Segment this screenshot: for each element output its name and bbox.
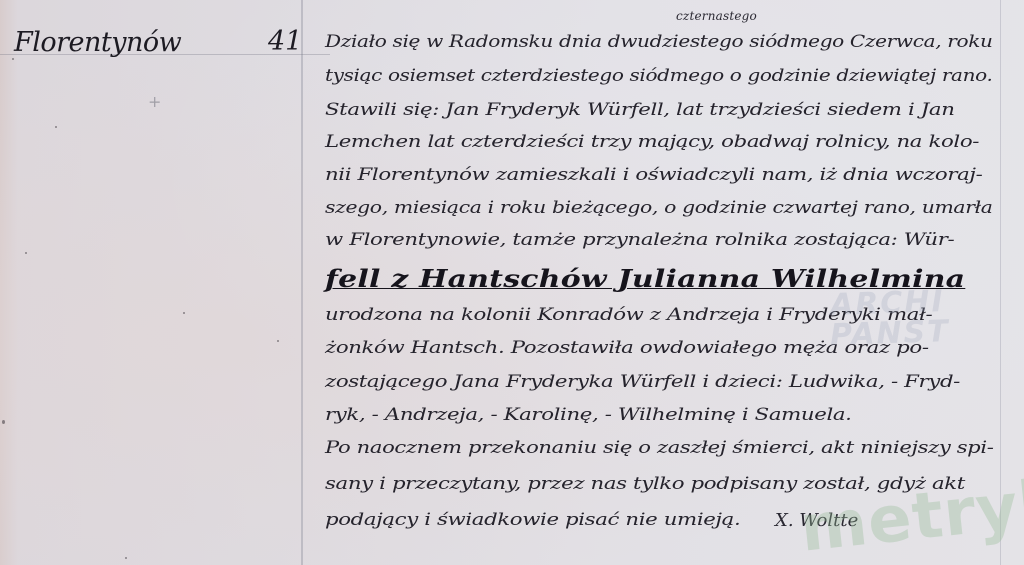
scanned-page: Florentynów 41 + czternastego Działo się… [0,0,1024,565]
paper-speck [2,420,5,424]
paper-speck [55,126,57,128]
body-line-13: Po naocznem przekonaniu się o zaszłej śm… [325,438,993,458]
body-line-6: szego, miesiąca i roku bieżącego, o godz… [325,198,993,218]
paper-speck [125,557,127,559]
body-line-5: nii Florentynów zamieszkali i oświadczyl… [325,165,982,185]
paper-speck [25,252,27,254]
body-line-7: w Florentynowie, tamże przynależna rolni… [325,230,954,250]
body-line-12: ryk, - Andrzeja, - Karolinę, - Wilhelmin… [325,405,852,425]
margin-divider-line [301,0,303,565]
margin-place-name: Florentynów [14,27,181,58]
interlinear-insertion: czternastego [676,9,757,23]
paper-speck [12,58,14,60]
body-line-11: zostającego Jana Fryderyka Würfell i dzi… [325,372,960,392]
margin-cross-mark: + [148,95,166,109]
paper-speck [277,340,279,342]
body-line-2: tysiąc osiemset czterdziestego siódmego … [325,66,993,86]
archive-watermark-line2: PANST [829,314,950,353]
margin-entry-number: 41 [268,26,302,57]
body-line-4: Lemchen lat czterdzieści trzy mający, ob… [325,132,979,152]
paper-speck [183,312,185,314]
body-line-15: podający i świadkowie pisać nie umieją. [325,510,740,530]
body-line-1: Działo się w Radomsku dnia dwudziestego … [325,32,993,52]
body-line-3: Stawili się: Jan Fryderyk Würfell, lat t… [325,100,955,120]
